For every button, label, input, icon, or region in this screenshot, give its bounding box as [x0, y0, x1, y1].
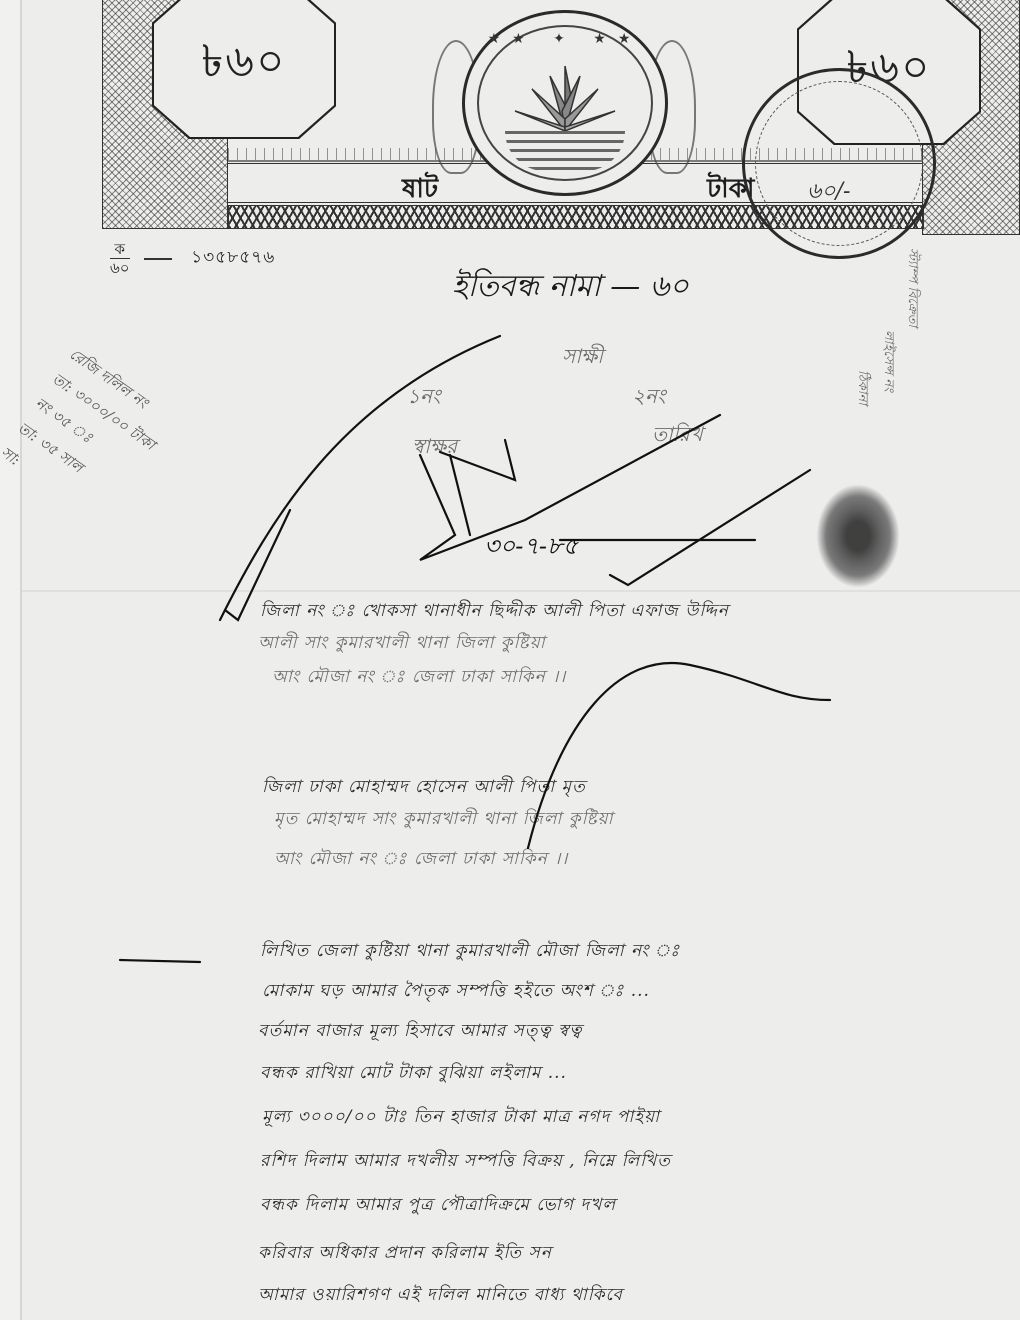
ink-strokes	[0, 0, 1020, 1320]
margin-underline	[120, 960, 200, 962]
signature-stroke	[420, 415, 720, 560]
signature-stroke	[220, 336, 500, 620]
check-mark-left	[225, 510, 290, 620]
arc-stroke	[528, 663, 830, 848]
check-mark	[610, 470, 810, 585]
signature-stroke	[450, 455, 470, 535]
